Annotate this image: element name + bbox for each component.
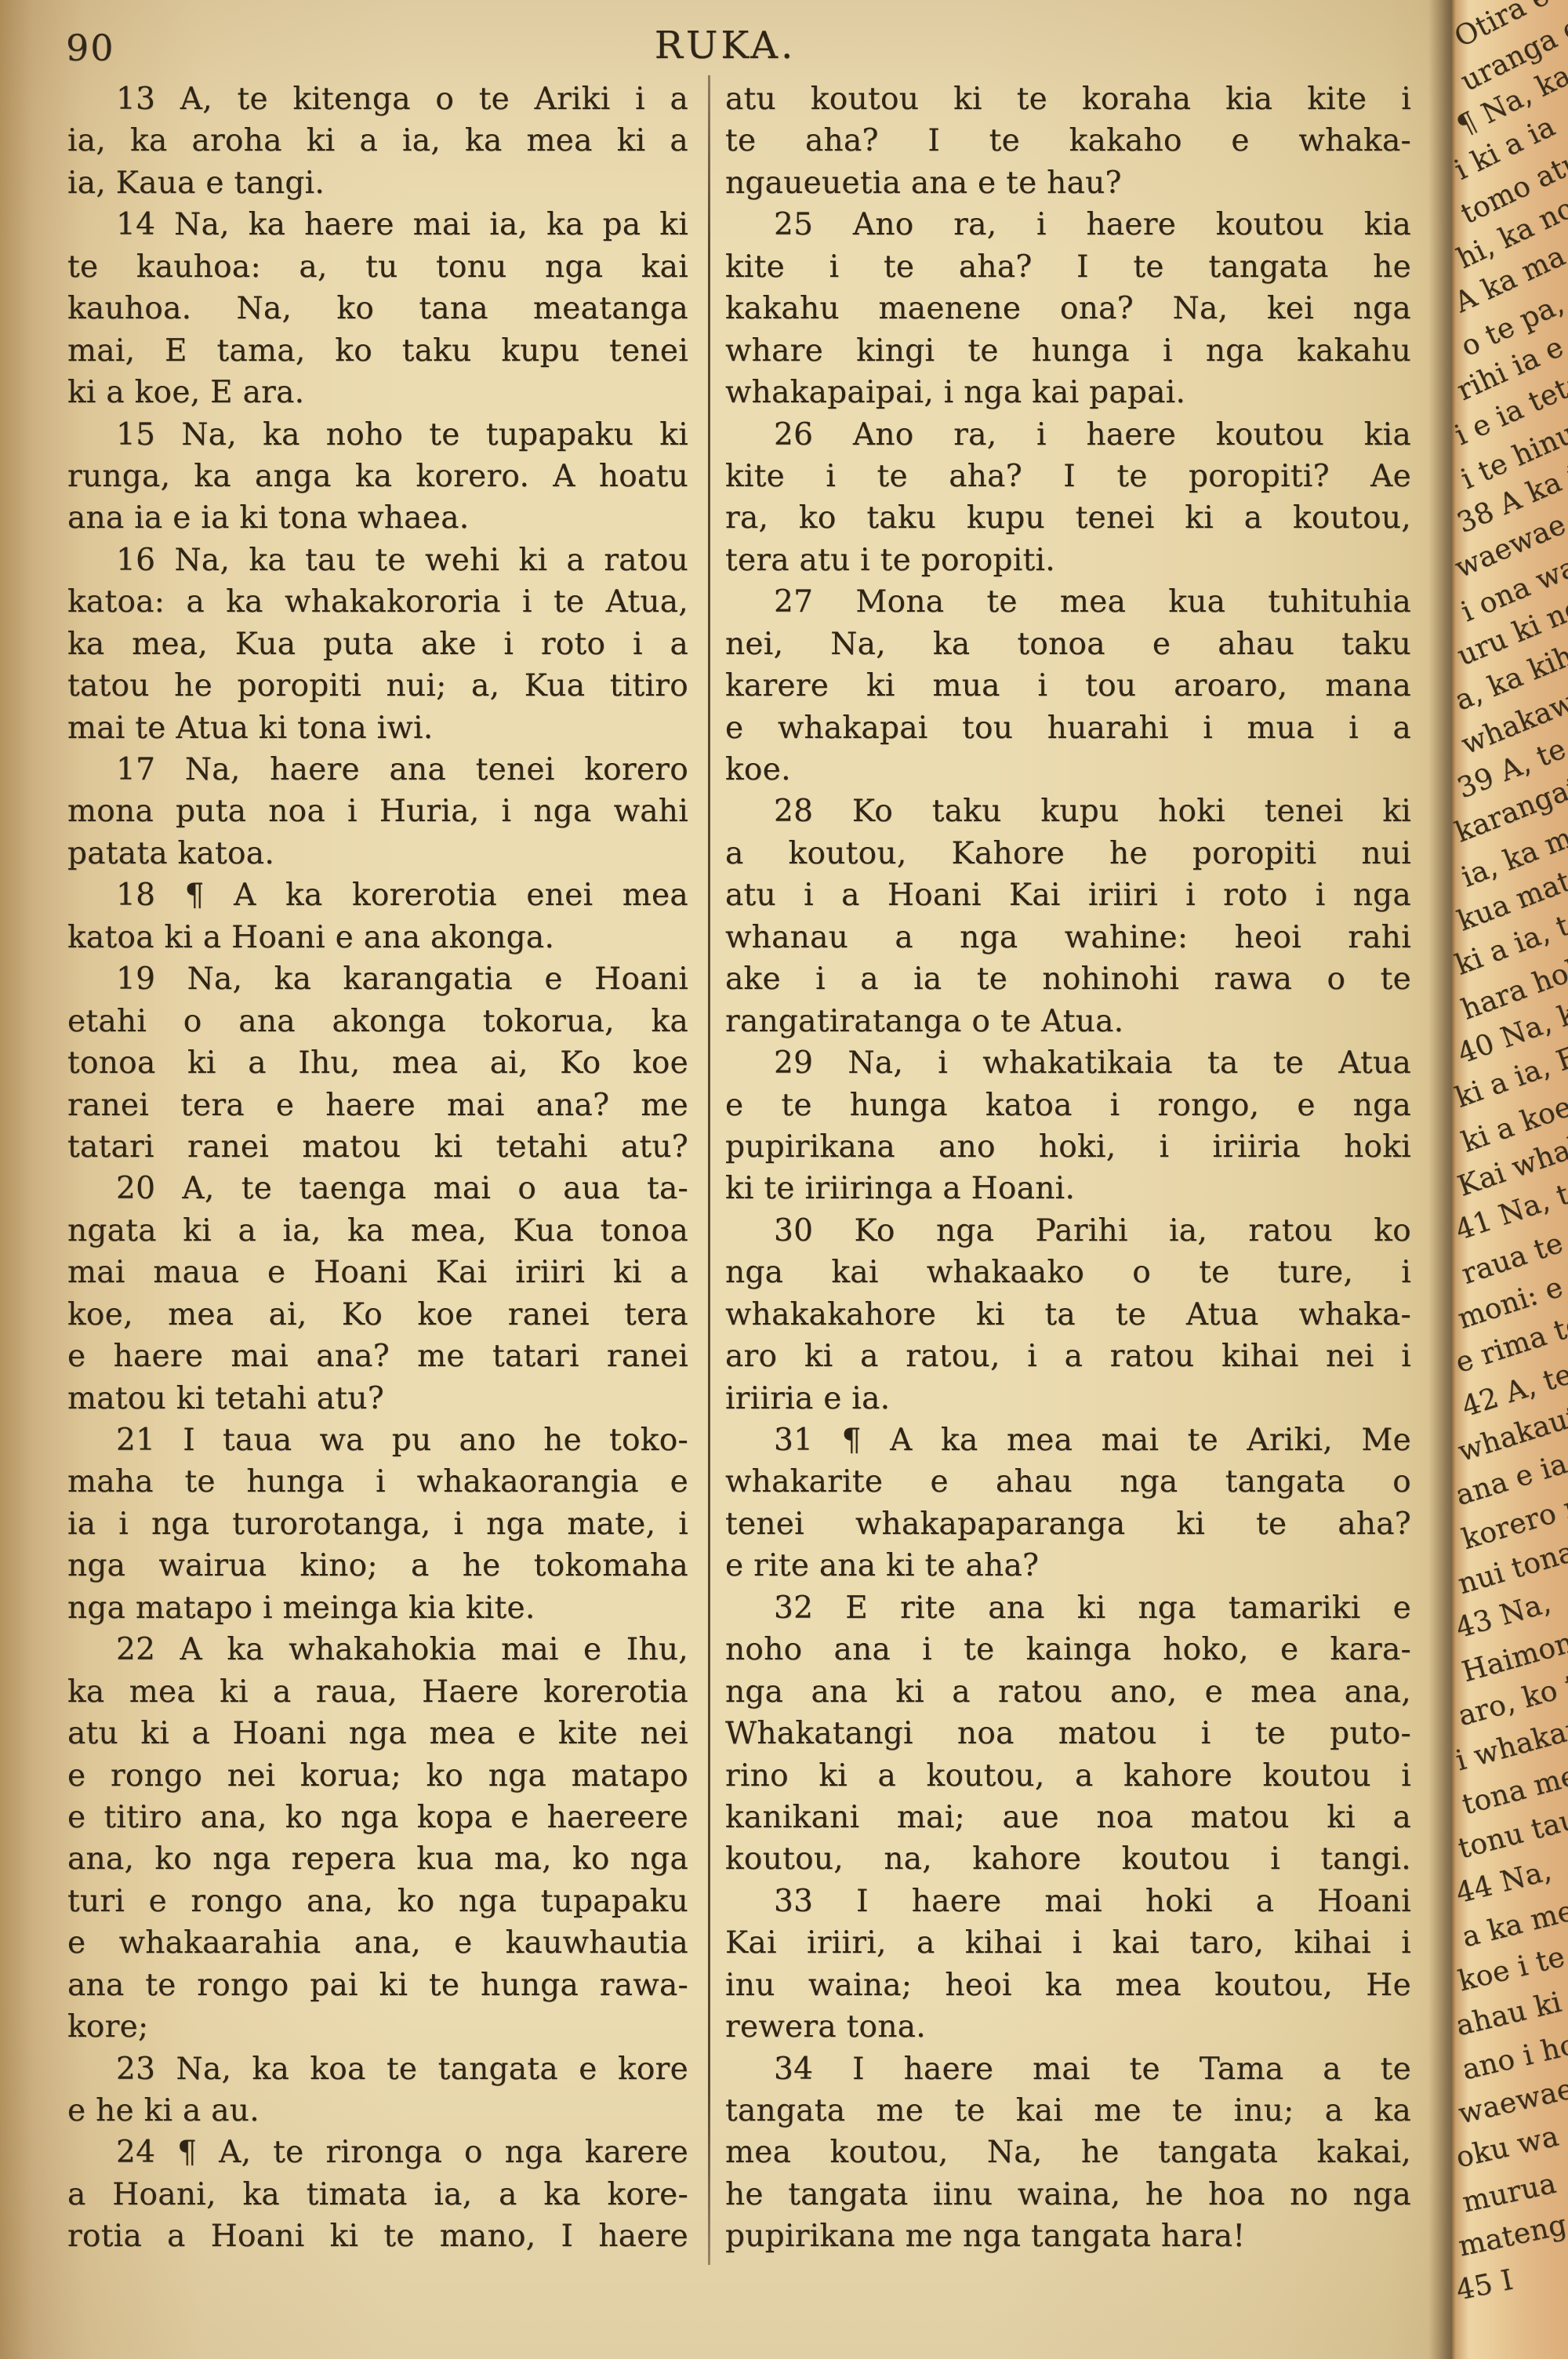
text-line: ana ia e ia ki tona whaea. xyxy=(67,497,688,539)
text-line: 27 Mona te mea kua tuhituhia xyxy=(725,581,1411,623)
text-line: ra, ko taku kupu tenei ki a koutou, xyxy=(725,497,1411,539)
text-line: rewera tona. xyxy=(725,2006,1411,2048)
text-line: pupirikana me nga tangata hara! xyxy=(725,2215,1411,2257)
text-line: katoa ki a Hoani e ana akonga. xyxy=(67,917,688,958)
text-line: 20 A, te taenga mai o aua ta- xyxy=(67,1168,688,1209)
text-line: koutou, na, kahore koutou i tangi. xyxy=(725,1838,1411,1880)
left-column: 13 A, te kitenga o te Ariki i aia, ka ar… xyxy=(67,78,688,2258)
right-column: atu koutou ki te koraha kia kite ite aha… xyxy=(725,78,1411,2258)
text-line: kauhoa. Na, ko tana meatanga xyxy=(67,288,688,329)
page-90: 90 RUKA. 13 A, te kitenga o te Ariki i a… xyxy=(0,0,1450,2359)
text-line: ranei tera e haere mai ana? me xyxy=(67,1085,688,1126)
text-line: turi e rongo ana, ko nga tupapaku xyxy=(67,1881,688,1922)
text-line: 17 Na, haere ana tenei korero xyxy=(67,749,688,791)
text-line: e te hunga katoa i rongo, e nga xyxy=(725,1085,1411,1126)
text-line: mai te Atua ki tona iwi. xyxy=(67,707,688,749)
text-line: rangatiratanga o te Atua. xyxy=(725,1001,1411,1042)
text-line: te aha? I te kakaho e whaka- xyxy=(725,120,1411,162)
text-line: atu koutou ki te koraha kia kite i xyxy=(725,78,1411,120)
text-line: atu i a Hoani Kai iriiri i roto i nga xyxy=(725,874,1411,916)
text-line: pupirikana ano hoki, i iriiria hoki xyxy=(725,1126,1411,1168)
text-line: whakarite e ahau nga tangata o xyxy=(725,1461,1411,1503)
text-line: 34 I haere mai te Tama a te xyxy=(725,2048,1411,2090)
text-line: ana te rongo pai ki te hunga rawa- xyxy=(67,1965,688,2006)
text-line: nga kai whakaako o te ture, i xyxy=(725,1252,1411,1293)
text-line: ia, Kaua e tangi. xyxy=(67,162,688,204)
edge-text-fragment: murua xyxy=(1460,2167,1559,2219)
text-line: 18 ¶ A ka korerotia enei mea xyxy=(67,874,688,916)
text-line: te kauhoa: a, tu tonu nga kai xyxy=(67,246,688,288)
text-line: karere ki mua i tou aroaro, mana xyxy=(725,665,1411,707)
page-header-title: RUKA. xyxy=(0,24,1450,67)
text-line: aro ki a ratou, i a ratou kihai nei i xyxy=(725,1336,1411,1377)
edge-text-fragment: 45 I xyxy=(1454,2264,1516,2307)
text-line: e he ki a au. xyxy=(67,2090,688,2132)
text-line: ki a koe, E ara. xyxy=(67,372,688,413)
text-line: whare kingi te hunga i nga kakahu xyxy=(725,330,1411,372)
text-line: rotia a Hoani ki te mano, I haere xyxy=(67,2215,688,2257)
text-line: nga ana ki a ratou ano, e mea ana, xyxy=(725,1671,1411,1713)
text-line: ngaueuetia ana e te hau? xyxy=(725,162,1411,204)
text-line: e titiro ana, ko nga kopa e haereere xyxy=(67,1797,688,1838)
book-page-photo: 90 RUKA. 13 A, te kitenga o te Ariki i a… xyxy=(0,0,1568,2359)
text-line: 14 Na, ka haere mai ia, ka pa ki xyxy=(67,204,688,245)
text-line: kakahu maenene ona? Na, kei nga xyxy=(725,288,1411,329)
text-line: Kai iriiri, a kihai i kai taro, kihai i xyxy=(725,1922,1411,1964)
text-line: 15 Na, ka noho te tupapaku ki xyxy=(67,414,688,456)
text-line: ka mea ki a raua, Haere korerotia xyxy=(67,1671,688,1713)
text-line: 16 Na, ka tau te wehi ki a ratou xyxy=(67,540,688,581)
text-line: e haere mai ana? me tatari ranei xyxy=(67,1336,688,1377)
text-line: 33 I haere mai hoki a Hoani xyxy=(725,1881,1411,1922)
text-line: ana, ko nga repera kua ma, ko nga xyxy=(67,1838,688,1880)
text-line: 32 E rite ana ki nga tamariki e xyxy=(725,1587,1411,1629)
text-line: katoa: a ka whakakororia i te Atua, xyxy=(67,581,688,623)
text-line: whanau a nga wahine: heoi rahi xyxy=(725,917,1411,958)
column-divider xyxy=(708,75,710,2265)
text-line: koe, mea ai, Ko koe ranei tera xyxy=(67,1294,688,1336)
text-line: 28 Ko taku kupu hoki tenei ki xyxy=(725,791,1411,832)
text-line: mona puta noa i Huria, i nga wahi xyxy=(67,791,688,832)
text-line: e whakapai tou huarahi i mua i a xyxy=(725,707,1411,749)
text-line: mai, E tama, ko taku kupu tenei xyxy=(67,330,688,372)
text-line: maha te hunga i whakaorangia e xyxy=(67,1461,688,1503)
text-line: tangata me te kai me te inu; a ka xyxy=(725,2090,1411,2132)
page-gutter-shadow xyxy=(1428,0,1452,2359)
text-line: 22 A ka whakahokia mai e Ihu, xyxy=(67,1629,688,1670)
text-line: tenei whakapaparanga ki te aha? xyxy=(725,1503,1411,1545)
text-line: e whakaarahia ana, e kauwhautia xyxy=(67,1922,688,1964)
text-line: mai maua e Hoani Kai iriiri ki a xyxy=(67,1252,688,1293)
text-line: ka mea, Kua puta ake i roto i a xyxy=(67,623,688,665)
text-line: kite i te aha? I te tangata he xyxy=(725,246,1411,288)
text-line: iriiria e ia. xyxy=(725,1378,1411,1419)
text-line: 24 ¶ A, te rironga o nga karere xyxy=(67,2132,688,2173)
text-line: ki te iriiringa a Hoani. xyxy=(725,1168,1411,1209)
text-line: a koutou, Kahore he poropiti nui xyxy=(725,833,1411,874)
text-line: e rongo nei korua; ko nga matapo xyxy=(67,1755,688,1797)
text-line: ia i nga turorotanga, i nga mate, i xyxy=(67,1503,688,1545)
text-line: tatou he poropiti nui; a, Kua titiro xyxy=(67,665,688,707)
text-line: nga wairua kino; a he tokomaha xyxy=(67,1545,688,1587)
text-line: 23 Na, ka koa te tangata e kore xyxy=(67,2048,688,2090)
next-page-edge: Otira e whuranga e an¶ Na, kai ki a iato… xyxy=(1452,0,1568,2359)
text-line: kite i te aha? I te poropiti? Ae xyxy=(725,456,1411,497)
text-line: whakapaipai, i nga kai papai. xyxy=(725,372,1411,413)
text-line: patata katoa. xyxy=(67,833,688,874)
text-line: a Hoani, ka timata ia, a ka kore- xyxy=(67,2174,688,2215)
text-line: whakakahore ki ta te Atua whaka- xyxy=(725,1294,1411,1336)
text-line: ake i a ia te nohinohi rawa o te xyxy=(725,958,1411,1000)
text-line: kore; xyxy=(67,2006,688,2048)
text-line: 19 Na, ka karangatia e Hoani xyxy=(67,958,688,1000)
text-line: inu waina; heoi ka mea koutou, He xyxy=(725,1965,1411,2006)
text-line: etahi o ana akonga tokorua, ka xyxy=(67,1001,688,1042)
text-line: he tangata iinu waina, he hoa no nga xyxy=(725,2174,1411,2215)
text-line: atu ki a Hoani nga mea e kite nei xyxy=(67,1713,688,1754)
text-line: 21 I taua wa pu ano he toko- xyxy=(67,1419,688,1461)
text-line: 31 ¶ A ka mea mai te Ariki, Me xyxy=(725,1419,1411,1461)
text-line: nga matapo i meinga kia kite. xyxy=(67,1587,688,1629)
text-line: 30 Ko nga Parihi ia, ratou ko xyxy=(725,1210,1411,1252)
text-line: noho ana i te kainga hoko, e kara- xyxy=(725,1629,1411,1670)
text-line: mea koutou, Na, he tangata kakai, xyxy=(725,2132,1411,2173)
text-line: 13 A, te kitenga o te Ariki i a xyxy=(67,78,688,120)
text-line: 25 Ano ra, i haere koutou kia xyxy=(725,204,1411,245)
text-line: tonoa ki a Ihu, mea ai, Ko koe xyxy=(67,1042,688,1084)
text-line: Whakatangi noa matou i te puto- xyxy=(725,1713,1411,1754)
text-line: ia, ka aroha ki a ia, ka mea ki a xyxy=(67,120,688,162)
text-line: nei, Na, ka tonoa e ahau taku xyxy=(725,623,1411,665)
text-line: 26 Ano ra, i haere koutou kia xyxy=(725,414,1411,456)
text-line: 29 Na, i whakatikaia ta te Atua xyxy=(725,1042,1411,1084)
text-line: kanikani mai; aue noa matou ki a xyxy=(725,1797,1411,1838)
text-line: tatari ranei matou ki tetahi atu? xyxy=(67,1126,688,1168)
text-line: tera atu i te poropiti. xyxy=(725,540,1411,581)
text-line: matou ki tetahi atu? xyxy=(67,1378,688,1419)
text-line: koe. xyxy=(725,749,1411,791)
text-line: ngata ki a ia, ka mea, Kua tonoa xyxy=(67,1210,688,1252)
text-line: e rite ana ki te aha? xyxy=(725,1545,1411,1587)
text-line: rino ki a koutou, a kahore koutou i xyxy=(725,1755,1411,1797)
text-line: runga, ka anga ka korero. A hoatu xyxy=(67,456,688,497)
